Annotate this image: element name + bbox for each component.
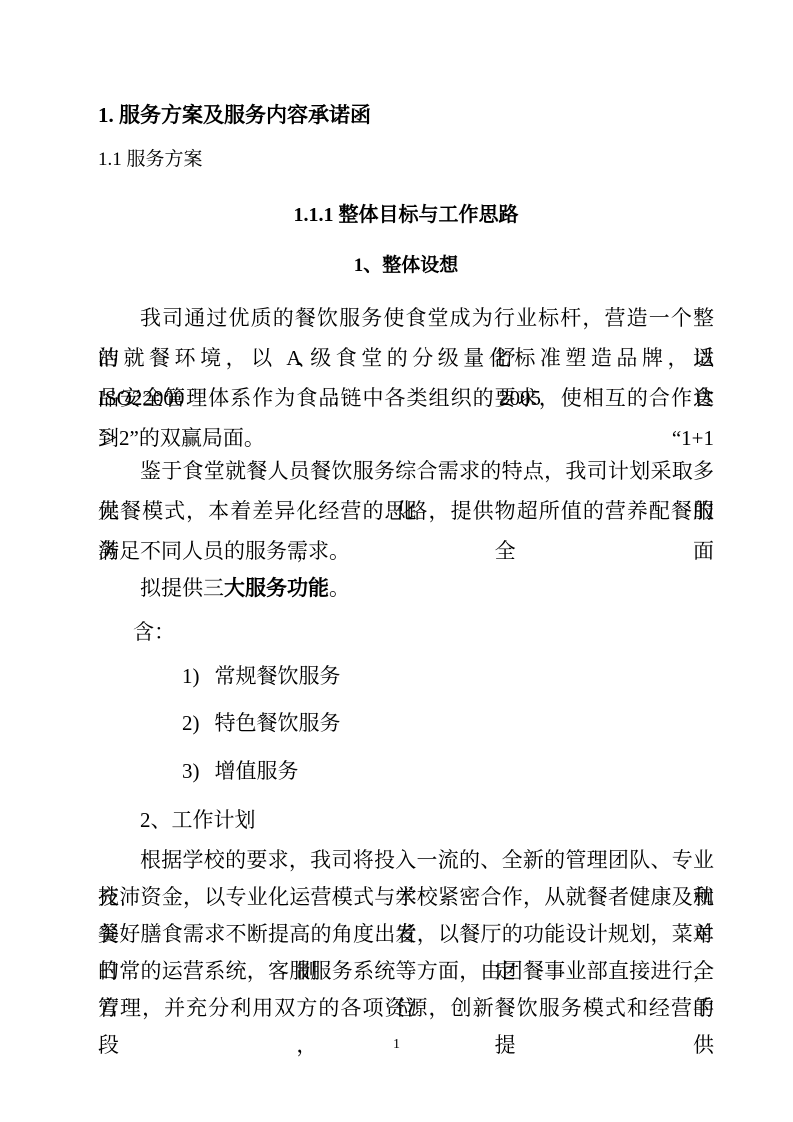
text-line: 管理，并充分利用双方的各项资源，创新餐饮服务模式和经营手段，提供 — [98, 990, 714, 1027]
text-line: 我司通过优质的餐饮服务使食堂成为行业标杆，营造一个整洁、舒适 — [98, 298, 714, 338]
document-page: 1. 服务方案及服务内容承诺函 1.1 服务方案 1.1.1 整体目标与工作思路… — [0, 0, 793, 1122]
paragraph-three-functions: 拟提供三大服务功能。 — [98, 568, 714, 608]
paragraph-contains: 含： — [98, 612, 714, 652]
three-functions-prefix: 拟提供三 — [140, 576, 224, 600]
heading-service-plan: 1. 服务方案及服务内容承诺函 — [98, 102, 714, 128]
list-item-value-added: 3)增值服务 — [98, 751, 714, 791]
text-line: 品安全管理体系作为食品链中各类组织的要求，使相互的合作达到“1+1 — [98, 378, 714, 418]
heading-1-1-service-plan: 1.1 服务方案 — [98, 148, 714, 172]
text-line: 充沛资金，以专业化运营模式与学校紧密合作，从就餐者健康及就餐者对 — [98, 879, 714, 916]
text-line: 根据学校的要求，我司将投入一流的、全新的管理团队、专业技术和 — [98, 842, 714, 879]
page-number: 1 — [0, 1036, 793, 1054]
text-line: 供餐模式，本着差异化经营的思路，提供物超所值的营养配餐服务，全面 — [98, 491, 714, 531]
paragraph-work-plan: 根据学校的要求，我司将投入一流的、全新的管理团队、专业技术和 充沛资金，以专业化… — [98, 842, 714, 1027]
heading-overall-goals: 1.1.1 整体目标与工作思路 — [98, 202, 714, 228]
text-line: 日常的运营系统，客服服务系统等方面，由团餐事业部直接进行全方位的 — [98, 953, 714, 990]
text-line: 美好膳食需求不断提高的角度出发，以餐厅的功能设计规划，菜单的制定， — [98, 916, 714, 953]
paragraph-demand: 鉴于食堂就餐人员餐饮服务综合需求的特点，我司计划采取多元化的 供餐模式，本着差异… — [98, 451, 714, 571]
three-functions-suffix: 。 — [329, 576, 350, 600]
list-item-label: 常规餐饮服务 — [215, 664, 341, 688]
list-item-regular-catering: 1)常规餐饮服务 — [98, 656, 714, 696]
list-item-number: 2) — [182, 703, 200, 743]
text-line: 鉴于食堂就餐人员餐饮服务综合需求的特点，我司计划采取多元化的 — [98, 451, 714, 491]
contains-label: 含： — [98, 612, 714, 652]
list-item-label: 增值服务 — [215, 759, 299, 783]
subheading-overall-vision: 1、整体设想 — [98, 254, 714, 278]
three-functions-bold: 大服务功能 — [224, 576, 329, 600]
paragraph-overall-vision: 我司通过优质的餐饮服务使食堂成为行业标杆，营造一个整洁、舒适 的就餐环境，以 A… — [98, 298, 714, 458]
list-item-number: 1) — [182, 656, 200, 696]
list-item-number: 3) — [182, 751, 200, 791]
list-item-label: 特色餐饮服务 — [215, 711, 341, 735]
text-line: 的就餐环境，以 A 级食堂的分级量化标准塑造品牌，以 ISO22000：2005… — [98, 338, 714, 378]
list-item-special-catering: 2)特色餐饮服务 — [98, 703, 714, 743]
subheading-work-plan: 2、工作计划 — [98, 800, 714, 840]
